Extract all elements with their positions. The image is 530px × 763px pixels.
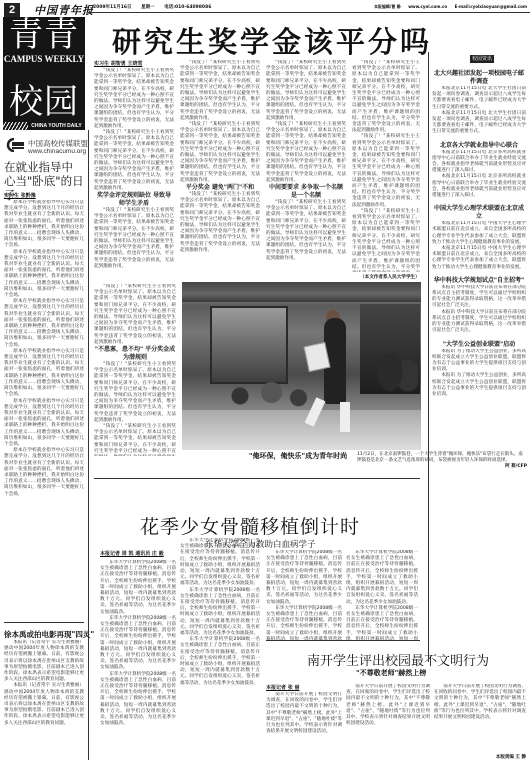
story2-col-4: 东华大学计算机学院2008级一名女生被确诊患上了急性白血病，目前正在接受治疗等待… xyxy=(346,550,418,640)
photo-bystanders xyxy=(378,344,418,414)
email-link[interactable]: E-mail:cyolxiaoyuan@gmail.com xyxy=(455,4,527,9)
photo-caption-title: "俺环保，俺快乐"成为青年时尚 xyxy=(248,452,348,461)
news-photo[interactable] xyxy=(182,282,421,450)
main-headline[interactable]: 研究生奖学金该平分吗 xyxy=(112,20,432,61)
story3-col-2: 南开大学日前开展了校园文明行为调查，在回收的问卷中，学生们评选出了校园内最不文明… xyxy=(346,684,430,760)
photo-divider xyxy=(94,478,420,479)
left-story-para: 原本在学校就业指导中心实习只是想完成学分，没想到这几个月的经历让我对毕业生就业有… xyxy=(4,448,84,498)
section-logo-title-bottom: 校园 xyxy=(3,82,85,122)
left-divider xyxy=(4,622,84,623)
brief-para: 本报北京11月15日电 北京多所高校就业指导中心日前联合举办了毕业生就业经验交流… xyxy=(432,174,526,199)
left-story-para: 原本在学校就业指导中心实习只是想完成学分，没想到这几个月的经历让我对毕业生就业有… xyxy=(4,200,84,250)
brief-headline[interactable]: "大学生公益创业联盟"启动 xyxy=(432,341,526,349)
section-editors: 本版编辑/曹 静 xyxy=(374,4,401,9)
left-story-para: 原本在学校就业指导中心实习只是想完成学分，没想到这几个月的经历让我对毕业生就业有… xyxy=(4,399,84,449)
story2-para: 东华大学计算机学院2008级一名女生被确诊患上了急性白血病，目前正在接受治疗等待… xyxy=(100,616,176,672)
main-col-2: "钱没了！"某校研究生小王看到奖学金公示名单时惊呆了。原本以为自己能拿到一等奖学… xyxy=(180,60,260,282)
story2-para: 东华大学计算机学院2008级一名女生被确诊患上了急性白血病，目前正在接受治疗等待… xyxy=(346,550,418,606)
story3-col-3: 南开大学日前开展了校园文明行为调查，在回收的问卷中，学生们评选出了校园内最不文明… xyxy=(434,684,526,754)
main-para: "钱没了！"某校研究生小王看到奖学金公示名单时惊呆了。原本以为自己能拿到一等奖学… xyxy=(180,122,260,184)
brief-body: 本报讯 华中科技大学日前宣布将在部分院系试点自主招考制度，学生可以通过学校组织的… xyxy=(432,285,526,335)
story3-para: 南开大学日前开展了校园文明行为调查，在回收的问卷中，学生们评选出了校园内最不文明… xyxy=(266,692,342,735)
brief-headline[interactable]: 北大兴趣社团发起一项校园电子邮件调查 xyxy=(432,70,526,86)
story3-para: 南开大学日前开展了校园文明行为调查，在回收的问卷中，学生们评选出了校园内最不文明… xyxy=(346,684,430,727)
main-para: "钱没了！"某校研究生小王看到奖学金公示名单时惊呆了。原本以为自己能拿到一等奖学… xyxy=(352,60,420,134)
brief-para: 本报讯 华中科技大学日前宣布将在部分院系试点自主招考制度，学生可以通过学校组织的… xyxy=(432,310,526,335)
brief-body: 本报北京11月15日电 北京多所高校就业指导中心日前联合举办了毕业生就业经验交流… xyxy=(432,150,526,200)
main-para: "钱没了！"某校研究生小王看到奖学金公示名单时惊呆了。原本以为自己能拿到一等奖学… xyxy=(94,130,174,192)
brief-body: 本报北京11月15日电 中国大学生心理学术联盟日前在北京成立，来自全国多所高校的… xyxy=(432,221,526,271)
story2-headline[interactable]: 花季少女骨髓移植倒计时 xyxy=(140,512,360,539)
story2-para: 东华大学计算机学院2008级一名女生被确诊患上了急性白血病，目前正在接受治疗等待… xyxy=(100,560,176,616)
main-para: "钱没了！"某校研究生小王看到奖学金公示名单时惊呆了。原本以为自己能拿到一等奖学… xyxy=(94,424,176,456)
left-story-para: 原本在学校就业指导中心实习只是想完成学分，没想到这几个月的经历让我对毕业生就业有… xyxy=(4,250,84,300)
date: 2009年11月16日 xyxy=(93,5,132,10)
main-subhead: 平分奖金 避免"两门"不和 xyxy=(180,184,260,192)
left-bottom-para: 本报讯（记者常宇 实习生黄雅丽）感动中国2004年度人物徐本禹的支教经历有望被搬… xyxy=(4,640,84,683)
story3-para: 南开大学日前开展了校园文明行为调查，在回收的问卷中，学生们评选出了校园内最不文明… xyxy=(434,684,526,721)
main-col-1: "钱没了！"某校研究生小王看到奖学金公示名单时惊呆了。原本以为自己能拿到一等奖学… xyxy=(94,68,174,280)
story2-col-3: 东华大学计算机学院2008级一名女生被确诊患上了急性白血病，目前正在接受治疗等待… xyxy=(266,550,342,640)
left-bottom-headline[interactable]: 徐本禹或拍电影再现"四灵" xyxy=(4,629,94,640)
main-para: "钱没了！"某校研究生小王看到奖学金公示名单时惊呆了。原本以为自己能拿到一等奖学… xyxy=(266,60,346,122)
story2-para: 东华大学计算机学院2008级一名女生被确诊患上了急性白血病，目前正在接受治疗等待… xyxy=(180,538,260,588)
brief-para: 本报讯 华中科技大学日前宣布将在部分院系试点自主招考制度，学生可以通过学校组织的… xyxy=(432,285,526,310)
main-para: "钱没了！"某校研究生小王看到奖学金公示名单时惊呆了。原本以为自己能拿到一等奖学… xyxy=(180,60,260,122)
main-subhead: 奖学金评定规则缺位 导致导师学生矛盾 xyxy=(94,192,174,208)
section-logo-english: CAMPUS WEEKLY xyxy=(3,54,85,64)
brief-body: 本报北京11月15日电 北大学生社团日前发起一项问卷调查，调查显示超过八成学生每… xyxy=(432,86,526,136)
story2-col-1: 东华大学计算机学院2008级一名女生被确诊患上了急性白血病，目前正在接受治疗等待… xyxy=(100,560,176,760)
main-para: "钱没了！"某校研究生小王看到奖学金公示名单时惊呆了。原本以为自己能拿到一等奖学… xyxy=(266,122,346,184)
story3-subhead: "不尊敬老师"赫然上榜 xyxy=(356,668,426,678)
logo-tag: CHINA YOUTH DAILY xyxy=(28,122,85,130)
column-rule-left xyxy=(88,130,89,760)
left-bottom-para: 本报讯（记者常宇 实习生黄雅丽）感动中国2004年度人物徐本禹的支教经历有望被搬… xyxy=(4,683,84,726)
photo-boot xyxy=(340,402,350,432)
main-col-4: "钱没了！"某校研究生小王看到奖学金公示名单时惊呆了。原本以为自己能拿到一等奖学… xyxy=(352,60,420,272)
story2-para: 东华大学计算机学院2008级一名女生被确诊患上了急性白血病，目前正在接受治疗等待… xyxy=(100,672,176,728)
brief-para: 本报北京11月15日电 北京多所高校就业指导中心日前联合举办了毕业生就业经验交流… xyxy=(432,150,526,175)
left-bottom-body: 本报讯（记者常宇 实习生黄雅丽）感动中国2004年度人物徐本禹的支教经历有望被搬… xyxy=(4,640,84,760)
section-logo-title-top: 青青 xyxy=(3,16,85,54)
brief-para: 本报北京11月15日电 北大学生社团日前发起一项问卷调查，调查显示超过八成学生每… xyxy=(432,86,526,111)
main-subhead: 中间要要求 多争取一个名额是一个名额 xyxy=(266,184,346,200)
website-link[interactable]: www.cyol.com.cn xyxy=(408,4,447,9)
brief-para: 本报讯 为了推动大学生公益创业，多所高校联合发起成立大学生公益创业联盟，联盟将为… xyxy=(432,349,526,374)
photo-ground xyxy=(182,410,421,450)
footer-note: 本版责编 王 静 xyxy=(496,754,526,760)
main-col-1b: "钱没了！"某校研究生小王看到奖学金公示名单时惊呆了。原本以为自己能拿到一等奖学… xyxy=(94,284,176,456)
main-para: "钱没了！"某校研究生小王看到奖学金公示名单时惊呆了。原本以为自己能拿到一等奖学… xyxy=(180,192,260,254)
story3-divider xyxy=(266,640,420,641)
editor-phone: 电话:010-64098086 xyxy=(164,5,211,10)
story2-para: 东华大学计算机学院2008级一名女生被确诊患上了急性白血病，目前正在接受治疗等待… xyxy=(266,606,342,640)
brief-para: 本报北京11月15日电 中国大学生心理学术联盟日前在北京成立，来自全国多所高校的… xyxy=(432,221,526,246)
brief-headline[interactable]: 中国大学生心理学术联盟在北京成立 xyxy=(432,205,526,221)
main-para: "钱没了！"某校研究生小王看到奖学金公示名单时惊呆了。原本以为自己能拿到一等奖学… xyxy=(94,362,176,424)
story3-col-1: 南开大学日前开展了校园文明行为调查，在回收的问卷中，学生们评选出了校园内最不文明… xyxy=(266,692,342,760)
briefs-tag: 校园资讯 xyxy=(470,55,494,63)
main-para: "钱没了！"某校研究生小王看到奖学金公示名单时惊呆了。原本以为自己能拿到一等奖学… xyxy=(352,134,420,208)
left-story-para: 原本在学校就业指导中心实习只是想完成学分，没想到这几个月的经历让我对毕业生就业有… xyxy=(4,349,84,399)
story2-col-2: 东华大学计算机学院2008级一名女生被确诊患上了急性白血病，目前正在接受治疗等待… xyxy=(180,538,260,760)
main-para: "钱没了！"某校研究生小王看到奖学金公示名单时惊呆了。原本以为自己能拿到一等奖学… xyxy=(266,200,346,262)
story3-byline: 本报记者 张 丽 xyxy=(266,684,299,691)
left-story-para: 原本在学校就业指导中心实习只是想完成学分，没想到这几个月的经历让我对毕业生就业有… xyxy=(4,299,84,349)
main-col-3: "钱没了！"某校研究生小王看到奖学金公示名单时惊呆了。原本以为自己能拿到一等奖学… xyxy=(266,60,346,282)
story2-para: 东华大学计算机学院2008级一名女生被确诊患上了急性白血病，目前正在接受治疗等待… xyxy=(266,550,342,606)
cutu-logo-icon xyxy=(4,138,24,152)
main-subhead: "不患寡，患不均" 平分奖金成为潜规则 xyxy=(94,346,176,362)
brief-para: 本报讯 为了推动大学生公益创业，多所高校联合发起成立大学生公益创业联盟，联盟将为… xyxy=(432,373,526,398)
briefs-column: 北大兴趣社团发起一项校园电子邮件调查 本报北京11月15日电 北大学生社团日前发… xyxy=(432,66,526,660)
weekday: 星期一 xyxy=(141,5,155,10)
brief-body: 本报讯 为了推动大学生公益创业，多所高校联合发起成立大学生公益创业联盟，联盟将为… xyxy=(432,349,526,399)
left-story-body: 原本在学校就业指导中心实习只是想完成学分，没想到这几个月的经历让我对毕业生就业有… xyxy=(4,200,84,620)
brief-para: 本报北京11月15日电 中国大学生心理学术联盟日前在北京成立，来自全国多所高校的… xyxy=(432,246,526,271)
partner-url[interactable]: www.chinacumu.org xyxy=(28,148,86,155)
brief-para: 本报北京11月15日电 北大学生社团日前发起一项问卷调查，调查显示超过八成学生每… xyxy=(432,111,526,136)
brief-headline[interactable]: 华中科技大学规划试点"自主招考" xyxy=(432,277,526,285)
story2-para: 东华大学计算机学院2008级一名女生被确诊患上了急性白血病，目前正在接受治疗等待… xyxy=(346,606,418,640)
main-para: "钱没了！"某校研究生小王看到奖学金公示名单时惊呆了。原本以为自己能拿到一等奖学… xyxy=(94,208,174,270)
main-byline: 实习生 胡智勇 王晓雪 xyxy=(94,60,142,67)
story2-para: 东华大学计算机学院2008级一名女生被确诊患上了急性白血病，目前正在接受治疗等待… xyxy=(180,637,260,687)
main-para: "钱没了！"某校研究生小王看到奖学金公示名单时惊呆了。原本以为自己能拿到一等奖学… xyxy=(94,68,174,130)
story2-para: 东华大学计算机学院2008级一名女生被确诊患上了急性白血病，目前正在接受治疗等待… xyxy=(180,588,260,638)
story2-byline: 本报记者 周 凯 通讯员 庄 毅 xyxy=(100,550,164,557)
main-para: "钱没了！"某校研究生小王看到奖学金公示名单时惊呆了。原本以为自己能拿到一等奖学… xyxy=(352,209,420,272)
section-logo: 青青 CAMPUS WEEKLY xyxy=(3,17,85,82)
photo-shop-window xyxy=(210,306,288,384)
main-para: "钱没了！"某校研究生小王看到奖学金公示名单时惊呆了。原本以为自己能拿到一等奖学… xyxy=(94,284,176,346)
header-rule xyxy=(88,12,530,13)
column-rule-right xyxy=(428,52,429,662)
main-signoff: （本文作者系人民大学学生） xyxy=(360,274,420,280)
photo-plants xyxy=(222,378,312,414)
left-story-byline: 实习生 张黔豫 xyxy=(4,192,36,199)
dateline: 2009年11月16日 星期一 电话:010-64098086 xyxy=(93,4,219,10)
photo-awning xyxy=(182,282,421,302)
brief-headline[interactable]: 北京各大学就业指导中心联合 xyxy=(432,142,526,150)
contact-line: 本版编辑/曹 静 www.cyol.com.cn E-mail:cyolxiao… xyxy=(368,4,527,10)
